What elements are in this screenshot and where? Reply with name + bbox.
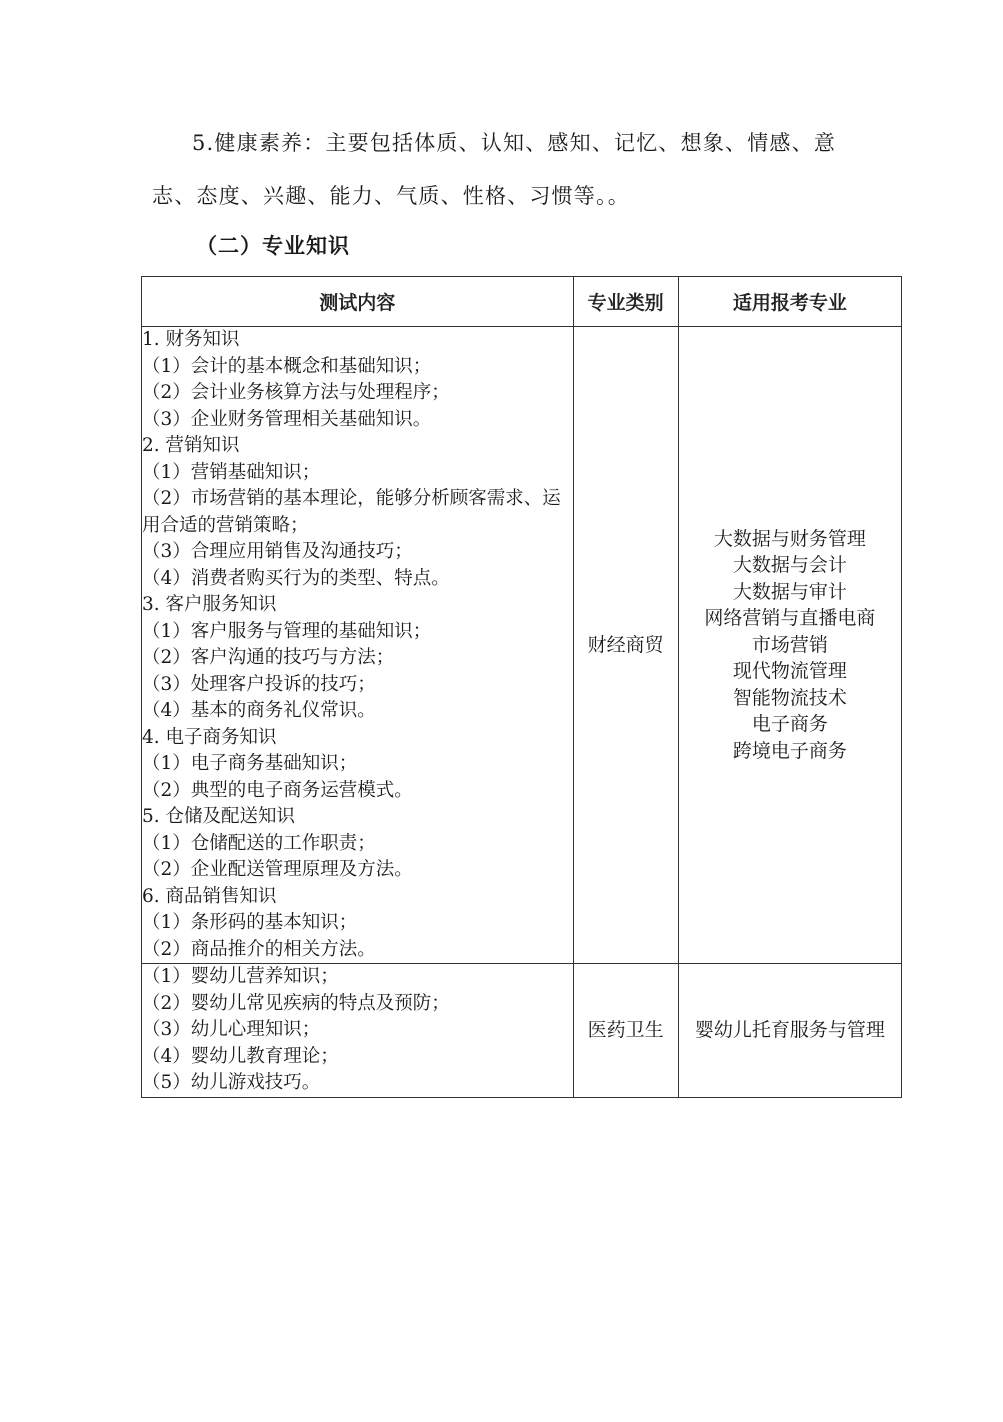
table-row: 1. 财务知识 （1）会计的基本概念和基础知识； （2）会计业务核算方法与处理程… <box>142 327 902 964</box>
test-content-cell: （1）婴幼儿营养知识； （2）婴幼儿常见疾病的特点及预防； （3）幼儿心理知识；… <box>142 964 574 1098</box>
major-item: 跨境电子商务 <box>679 738 901 765</box>
content-line: 3. 客户服务知识 <box>142 592 573 619</box>
header-applicable-majors: 适用报考专业 <box>678 277 901 327</box>
content-line: （2）客户沟通的技巧与方法； <box>142 645 573 672</box>
content-line: （3）合理应用销售及沟通技巧； <box>142 539 573 566</box>
major-item: 网络营销与直播电商 <box>679 605 901 632</box>
content-line: （3）处理客户投诉的技巧； <box>142 672 573 699</box>
majors-cell: 婴幼儿托育服务与管理 <box>678 964 901 1098</box>
content-line: （1）客户服务与管理的基础知识； <box>142 619 573 646</box>
content-line: （2）企业配送管理原理及方法。 <box>142 857 573 884</box>
major-item: 大数据与审计 <box>679 579 901 606</box>
major-item: 现代物流管理 <box>679 658 901 685</box>
major-item: 婴幼儿托育服务与管理 <box>679 1017 901 1044</box>
professional-knowledge-table: 测试内容 专业类别 适用报考专业 1. 财务知识 （1）会计的基本概念和基础知识… <box>141 276 902 1098</box>
major-item: 大数据与会计 <box>679 552 901 579</box>
content-line: （2）典型的电子商务运营模式。 <box>142 778 573 805</box>
content-line: （4）婴幼儿教育理论； <box>142 1044 573 1071</box>
content-line: 2. 营销知识 <box>142 433 573 460</box>
content-line: （1）营销基础知识； <box>142 460 573 487</box>
paragraph-line-2: 志、态度、兴趣、能力、气质、性格、习惯等。。 <box>152 184 630 208</box>
content-line: （2）商品推介的相关方法。 <box>142 937 573 964</box>
category-cell: 财经商贸 <box>573 327 678 964</box>
content-line: （3）企业财务管理相关基础知识。 <box>142 407 573 434</box>
content-line: （2）婴幼儿常见疾病的特点及预防； <box>142 991 573 1018</box>
content-line: （3）幼儿心理知识； <box>142 1017 573 1044</box>
header-test-content: 测试内容 <box>142 277 574 327</box>
table-row: （1）婴幼儿营养知识； （2）婴幼儿常见疾病的特点及预防； （3）幼儿心理知识；… <box>142 964 902 1098</box>
test-content-cell: 1. 财务知识 （1）会计的基本概念和基础知识； （2）会计业务核算方法与处理程… <box>142 327 574 964</box>
major-item: 电子商务 <box>679 711 901 738</box>
content-line: （5）幼儿游戏技巧。 <box>142 1070 573 1097</box>
content-line: 6. 商品销售知识 <box>142 884 573 911</box>
major-item: 市场营销 <box>679 632 901 659</box>
content-line: （4）消费者购买行为的类型、特点。 <box>142 566 573 593</box>
content-line: （1）会计的基本概念和基础知识； <box>142 354 573 381</box>
section-heading: （二）专业知识 <box>196 230 350 260</box>
major-item: 智能物流技术 <box>679 685 901 712</box>
header-category: 专业类别 <box>573 277 678 327</box>
paragraph-line-1: 5.健康素养：主要包括体质、认知、感知、记忆、想象、情感、意 <box>152 117 872 170</box>
content-line: （2）会计业务核算方法与处理程序； <box>142 380 573 407</box>
category-cell: 医药卫生 <box>573 964 678 1098</box>
content-line: 4. 电子商务知识 <box>142 725 573 752</box>
content-line: （1）婴幼儿营养知识； <box>142 964 573 991</box>
table-header-row: 测试内容 专业类别 适用报考专业 <box>142 277 902 327</box>
content-line: （1）条形码的基本知识； <box>142 910 573 937</box>
major-item: 大数据与财务管理 <box>679 526 901 553</box>
content-line: （2）市场营销的基本理论，能够分析顾客需求、运用合适的营销策略； <box>142 486 573 539</box>
content-line: 1. 财务知识 <box>142 327 573 354</box>
majors-cell: 大数据与财务管理 大数据与会计 大数据与审计 网络营销与直播电商 市场营销 现代… <box>678 327 901 964</box>
health-literacy-paragraph: 5.健康素养：主要包括体质、认知、感知、记忆、想象、情感、意 志、态度、兴趣、能… <box>152 117 872 223</box>
content-line: 5. 仓储及配送知识 <box>142 804 573 831</box>
content-line: （1）电子商务基础知识； <box>142 751 573 778</box>
content-line: （1）仓储配送的工作职责； <box>142 831 573 858</box>
content-line: （4）基本的商务礼仪常识。 <box>142 698 573 725</box>
